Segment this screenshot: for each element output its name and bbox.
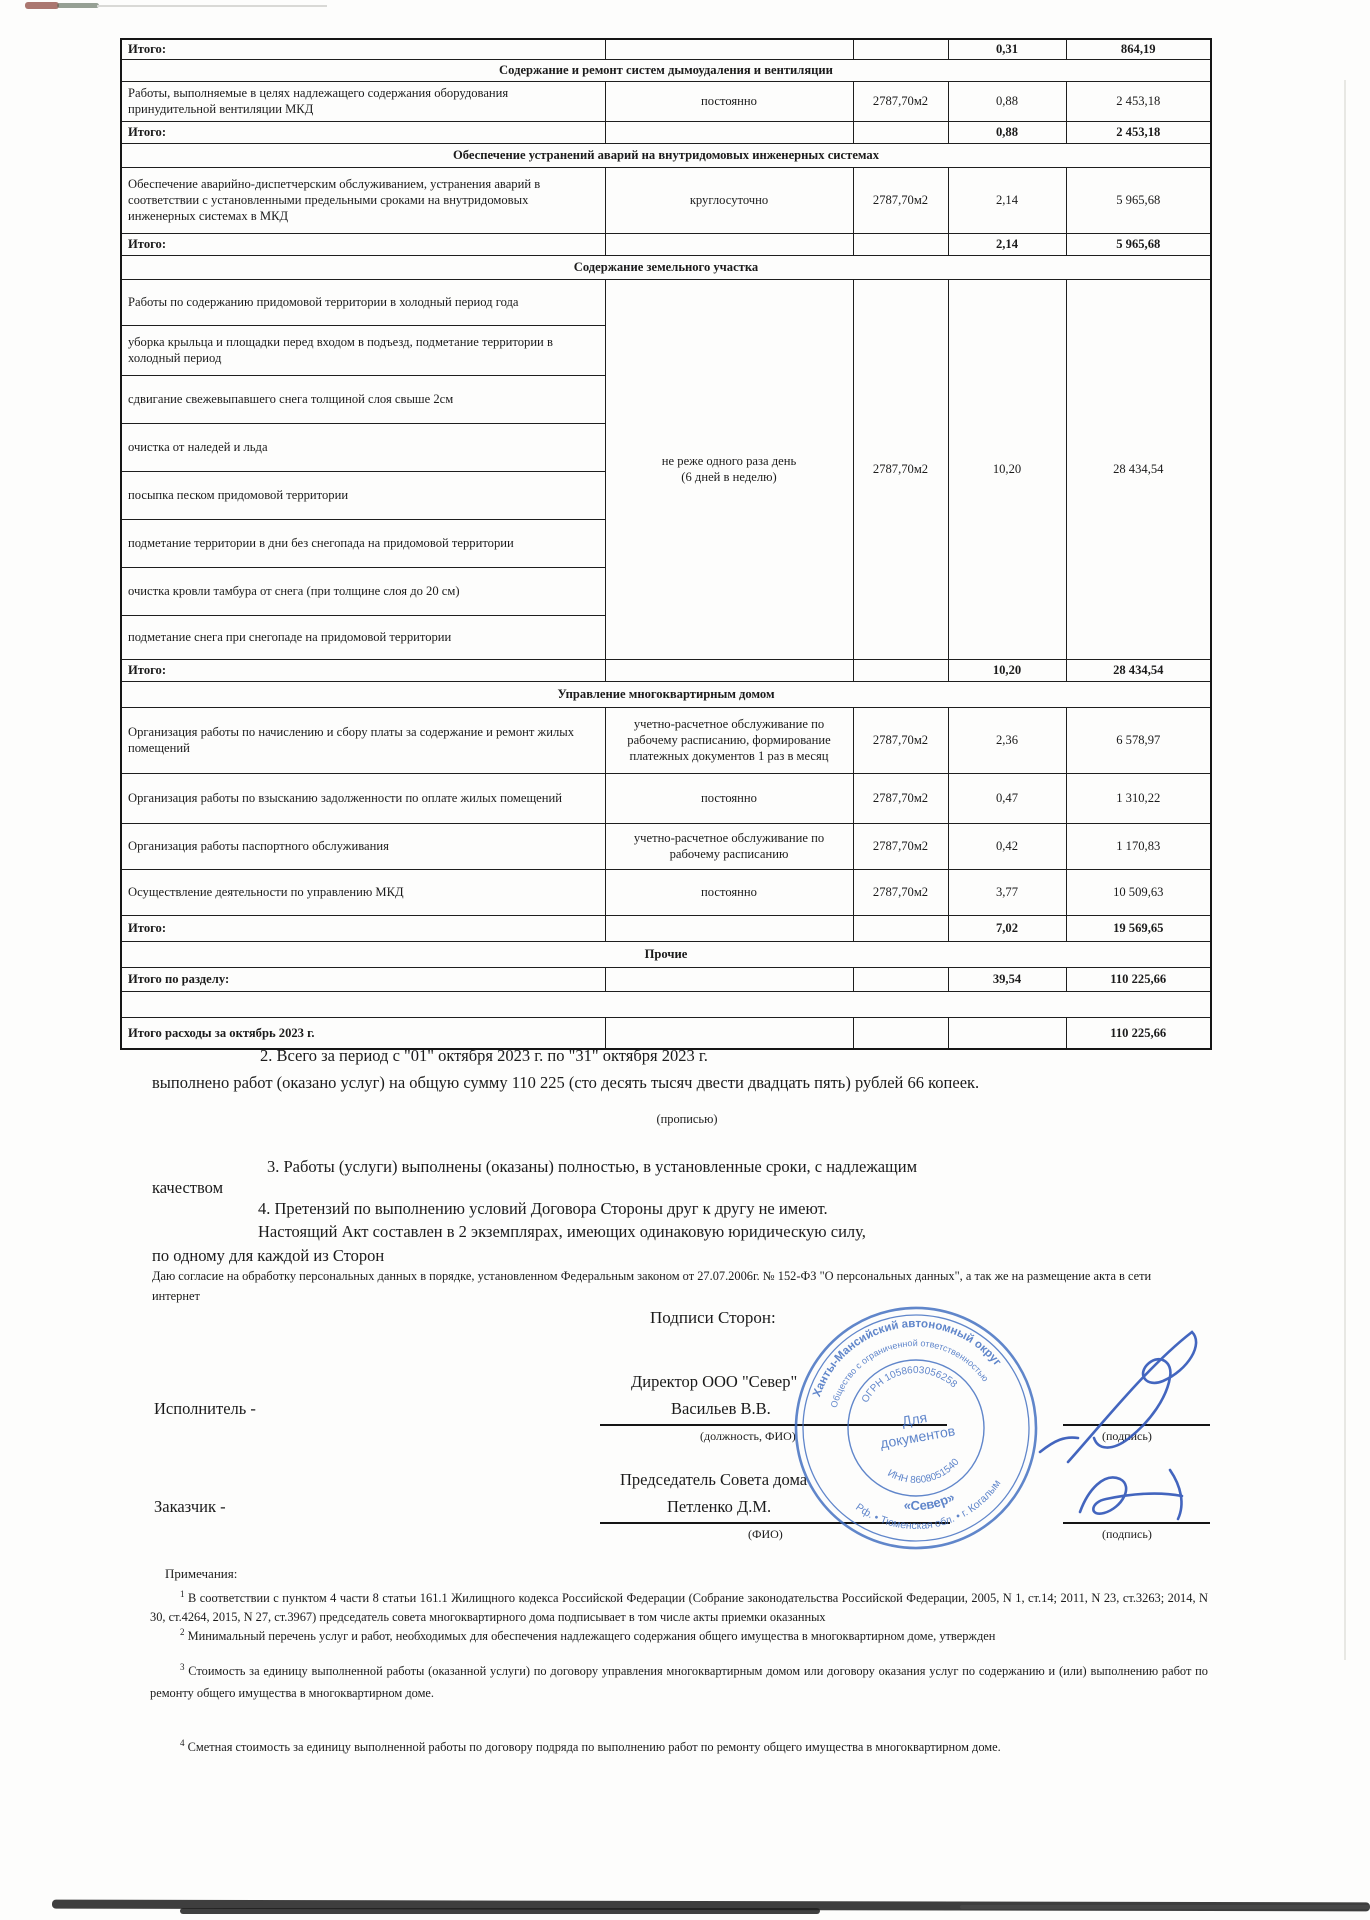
scan-artifact-bottom-blob	[180, 1908, 820, 1914]
total-label: Итого расходы за октябрь 2023 г.	[121, 1017, 605, 1049]
customer-label: Заказчик -	[154, 1497, 226, 1517]
total-sum: 28 434,54	[1066, 659, 1211, 681]
works-table: Итого: 0,31 864,19 Содержание и ремонт с…	[120, 38, 1212, 1050]
total-label: Итого:	[121, 659, 605, 681]
cell-total: 6 578,97	[1066, 707, 1211, 773]
total-sum: 110 225,66	[1066, 1017, 1211, 1049]
stamp-inn: ИНН 8608051540	[884, 1455, 964, 1492]
section-row-other: Прочие	[121, 941, 1211, 967]
executor-hint: (должность, ФИО)	[700, 1429, 796, 1444]
total-price: 39,54	[948, 967, 1066, 991]
cell-price: 0,88	[948, 81, 1066, 121]
scan-artifact-bottom-thin	[960, 1905, 1370, 1909]
empty-cell	[853, 967, 948, 991]
cell-period: учетно-расчетное обслуживание по рабочем…	[605, 707, 853, 773]
footnote-2: 2 Минимальный перечень услуг и работ, не…	[150, 1626, 1208, 1646]
customer-position: Председатель Совета дома	[620, 1470, 807, 1490]
section-row-ventilation: Содержание и ремонт систем дымоудаления …	[121, 59, 1211, 81]
stamp-ring-outer-top: Ханты-Мансийский автономный округ	[801, 1303, 1004, 1401]
empty-cell	[948, 1017, 1066, 1049]
cell-price: 2,14	[948, 167, 1066, 233]
cell-area: 2787,70м2	[853, 869, 948, 915]
empty-cell	[853, 121, 948, 143]
cell-area: 2787,70м2	[853, 773, 948, 823]
consent-text: Даю согласие на обработку персональных д…	[152, 1267, 1202, 1307]
total-price: 2,14	[948, 233, 1066, 255]
total-price: 10,20	[948, 659, 1066, 681]
cell-area-merged: 2787,70м2	[853, 279, 948, 659]
cell-desc: сдвигание свежевыпавшего снега толщиной …	[121, 375, 605, 423]
empty-cell	[853, 233, 948, 255]
cell-period: учетно-расчетное обслуживание по рабочем…	[605, 823, 853, 869]
empty-cell	[605, 121, 853, 143]
sign-hint-2: (подпись)	[1102, 1527, 1152, 1542]
paragraph-2-line2: выполнено работ (оказано услуг) на общую…	[152, 1073, 979, 1093]
total-label: Итого:	[121, 233, 605, 255]
stamp-company-name: «Север»	[901, 1488, 958, 1516]
empty-cell	[605, 1017, 853, 1049]
empty-cell	[605, 39, 853, 59]
cell-price: 0,42	[948, 823, 1066, 869]
empty-cell	[853, 39, 948, 59]
table-row-mgmt-1: Организация работы по начислению и сбору…	[121, 707, 1211, 773]
total-price: 0,88	[948, 121, 1066, 143]
footnote-4: 4 Сметная стоимость за единицу выполненн…	[150, 1737, 1210, 1757]
customer-signature-stroke	[1170, 1470, 1181, 1519]
table-row-prev-total: Итого: 0,31 864,19	[121, 39, 1211, 59]
customer-hint: (ФИО)	[748, 1527, 783, 1542]
total-sum: 864,19	[1066, 39, 1211, 59]
empty-cell	[853, 659, 948, 681]
section-title: Содержание земельного участка	[121, 255, 1211, 279]
table-row-ventilation-total: Итого: 0,88 2 453,18	[121, 121, 1211, 143]
document-page: Итого: 0,31 864,19 Содержание и ремонт с…	[0, 0, 1370, 1920]
svg-text:ИНН 8608051540: ИНН 8608051540	[884, 1455, 964, 1492]
customer-name: Петленко Д.М.	[667, 1497, 771, 1517]
empty-cell	[605, 659, 853, 681]
table-row-mgmt-2: Организация работы по взысканию задолжен…	[121, 773, 1211, 823]
scan-artifact-red	[25, 2, 59, 9]
paragraph-5: Настоящий Акт составлен в 2 экземплярах,…	[258, 1222, 866, 1242]
executor-position: Директор ООО "Север"	[631, 1372, 797, 1392]
section-title: Прочие	[121, 941, 1211, 967]
period-line-1: не реже одного раза день	[612, 453, 847, 469]
cell-total: 1 170,83	[1066, 823, 1211, 869]
svg-text:Ханты-Мансийский автономный ок: Ханты-Мансийский автономный округ	[801, 1303, 1004, 1401]
footnote-1-text: В соответствии с пунктом 4 части 8 стать…	[150, 1591, 1208, 1624]
section-row-land: Содержание земельного участка	[121, 255, 1211, 279]
total-label: Итого:	[121, 915, 605, 941]
cell-period: круглосуточно	[605, 167, 853, 233]
svg-text:ОГРН 1058603056258: ОГРН 1058603056258	[856, 1357, 961, 1406]
section-title: Обеспечение устранений аварий на внутрид…	[121, 143, 1211, 167]
section-title: Содержание и ремонт систем дымоудаления …	[121, 59, 1211, 81]
paragraph-3-tail: качеством	[152, 1178, 223, 1198]
table-row-ventilation: Работы, выполняемые в целях надлежащего …	[121, 81, 1211, 121]
total-label: Итого по разделу:	[121, 967, 605, 991]
total-price: 7,02	[948, 915, 1066, 941]
total-label: Итого:	[121, 39, 605, 59]
section-row-accidents: Обеспечение устранений аварий на внутрид…	[121, 143, 1211, 167]
scan-artifact-green	[57, 3, 99, 8]
period-line-2: (6 дней в неделю)	[612, 469, 847, 485]
cell-desc: Организация работы по начислению и сбору…	[121, 707, 605, 773]
company-stamp: Ханты-Мансийский автономный округ Рф. • …	[768, 1280, 1065, 1577]
cell-desc: Организация работы по взысканию задолжен…	[121, 773, 605, 823]
cell-area: 2787,70м2	[853, 823, 948, 869]
table-row-mgmt-3: Организация работы паспортного обслужива…	[121, 823, 1211, 869]
total-label: Итого:	[121, 121, 605, 143]
cell-desc: очистка от наледей и льда	[121, 423, 605, 471]
empty-cell	[853, 1017, 948, 1049]
svg-text:«Север»: «Север»	[901, 1488, 958, 1516]
executor-name: Васильев В.В.	[671, 1399, 771, 1419]
cell-price: 2,36	[948, 707, 1066, 773]
footnote-2-text: Минимальный перечень услуг и работ, необ…	[185, 1629, 996, 1643]
sign-hint-1: (подпись)	[1102, 1429, 1152, 1444]
cell-total: 2 453,18	[1066, 81, 1211, 121]
cell-desc: Работы, выполняемые в целях надлежащего …	[121, 81, 605, 121]
paragraph-4: 4. Претензий по выполнению условий Догов…	[258, 1199, 828, 1219]
cell-price-merged: 10,20	[948, 279, 1066, 659]
cell-period: постоянно	[605, 869, 853, 915]
cell-period: постоянно	[605, 773, 853, 823]
table-row-mgmt-4: Осуществление деятельности по управлению…	[121, 869, 1211, 915]
cell-price: 0,47	[948, 773, 1066, 823]
notes-title: Примечания:	[165, 1566, 237, 1582]
executor-sign-underline	[1063, 1424, 1210, 1426]
empty-cell	[121, 991, 1211, 1017]
table-row-accidents: Обеспечение аварийно-диспетчерским обслу…	[121, 167, 1211, 233]
paragraph-2-line1: 2. Всего за период с "01" октября 2023 г…	[260, 1046, 708, 1066]
customer-signature	[1080, 1477, 1182, 1513]
customer-sign-underline	[1063, 1522, 1210, 1524]
section-row-management: Управление многоквартирным домом	[121, 681, 1211, 707]
cell-desc: Осуществление деятельности по управлению…	[121, 869, 605, 915]
cell-desc: уборка крыльца и площадки перед входом в…	[121, 325, 605, 375]
empty-cell	[853, 915, 948, 941]
cell-total-merged: 28 434,54	[1066, 279, 1211, 659]
cell-area: 2787,70м2	[853, 707, 948, 773]
empty-cell	[605, 967, 853, 991]
total-sum: 19 569,65	[1066, 915, 1211, 941]
scan-artifact-streak	[97, 5, 327, 7]
table-row-land-total: Итого: 10,20 28 434,54	[121, 659, 1211, 681]
cell-total: 5 965,68	[1066, 167, 1211, 233]
cell-desc: Работы по содержанию придомовой территор…	[121, 279, 605, 325]
footnote-3: 3 Стоимость за единицу выполненной работ…	[150, 1660, 1208, 1705]
cell-area: 2787,70м2	[853, 81, 948, 121]
executor-label: Исполнитель -	[154, 1399, 256, 1419]
cell-desc: очистка кровли тамбура от снега (при тол…	[121, 567, 605, 615]
cell-desc: подметание снега при снегопаде на придом…	[121, 615, 605, 659]
cell-total: 10 509,63	[1066, 869, 1211, 915]
cell-desc: Организация работы паспортного обслужива…	[121, 823, 605, 869]
table-row-land-1: Работы по содержанию придомовой территор…	[121, 279, 1211, 325]
table-row-month-total: Итого расходы за октябрь 2023 г. 110 225…	[121, 1017, 1211, 1049]
paragraph-3: 3. Работы (услуги) выполнены (оказаны) п…	[267, 1157, 917, 1177]
stamp-ogrn: ОГРН 1058603056258	[856, 1357, 961, 1406]
stamp-center-line2: документов	[879, 1422, 956, 1451]
cell-period: постоянно	[605, 81, 853, 121]
signatures-title: Подписи Сторон:	[650, 1308, 776, 1328]
cell-desc: Обеспечение аварийно-диспетчерским обслу…	[121, 167, 605, 233]
stamp-center-line1: Для	[901, 1409, 929, 1429]
footnote-4-text: Сметная стоимость за единицу выполненной…	[185, 1740, 1001, 1754]
cell-price: 3,77	[948, 869, 1066, 915]
total-sum: 2 453,18	[1066, 121, 1211, 143]
paragraph-5-tail: по одному для каждой из Сторон	[152, 1246, 384, 1266]
total-price: 0,31	[948, 39, 1066, 59]
section-title: Управление многоквартирным домом	[121, 681, 1211, 707]
table-row-section-total: Итого по разделу: 39,54 110 225,66	[121, 967, 1211, 991]
footnote-3-text: Стоимость за единицу выполненной работы …	[150, 1664, 1208, 1700]
propisyu-label: (прописью)	[607, 1112, 767, 1127]
total-sum: 110 225,66	[1066, 967, 1211, 991]
empty-cell	[605, 915, 853, 941]
cell-area: 2787,70м2	[853, 167, 948, 233]
cell-period-merged: не реже одного раза день (6 дней в недел…	[605, 279, 853, 659]
footnote-1: 1 В соответствии с пунктом 4 части 8 ста…	[150, 1588, 1208, 1628]
empty-cell	[605, 233, 853, 255]
total-sum: 5 965,68	[1066, 233, 1211, 255]
stamp-outer-circle-2	[785, 1297, 1047, 1559]
table-row-accidents-total: Итого: 2,14 5 965,68	[121, 233, 1211, 255]
scan-page-edge	[1344, 80, 1346, 1660]
table-row-mgmt-total: Итого: 7,02 19 569,65	[121, 915, 1211, 941]
cell-desc: посыпка песком придомовой территории	[121, 471, 605, 519]
cell-desc: подметание территории в дни без снегопад…	[121, 519, 605, 567]
cell-total: 1 310,22	[1066, 773, 1211, 823]
table-row-spacer	[121, 991, 1211, 1017]
